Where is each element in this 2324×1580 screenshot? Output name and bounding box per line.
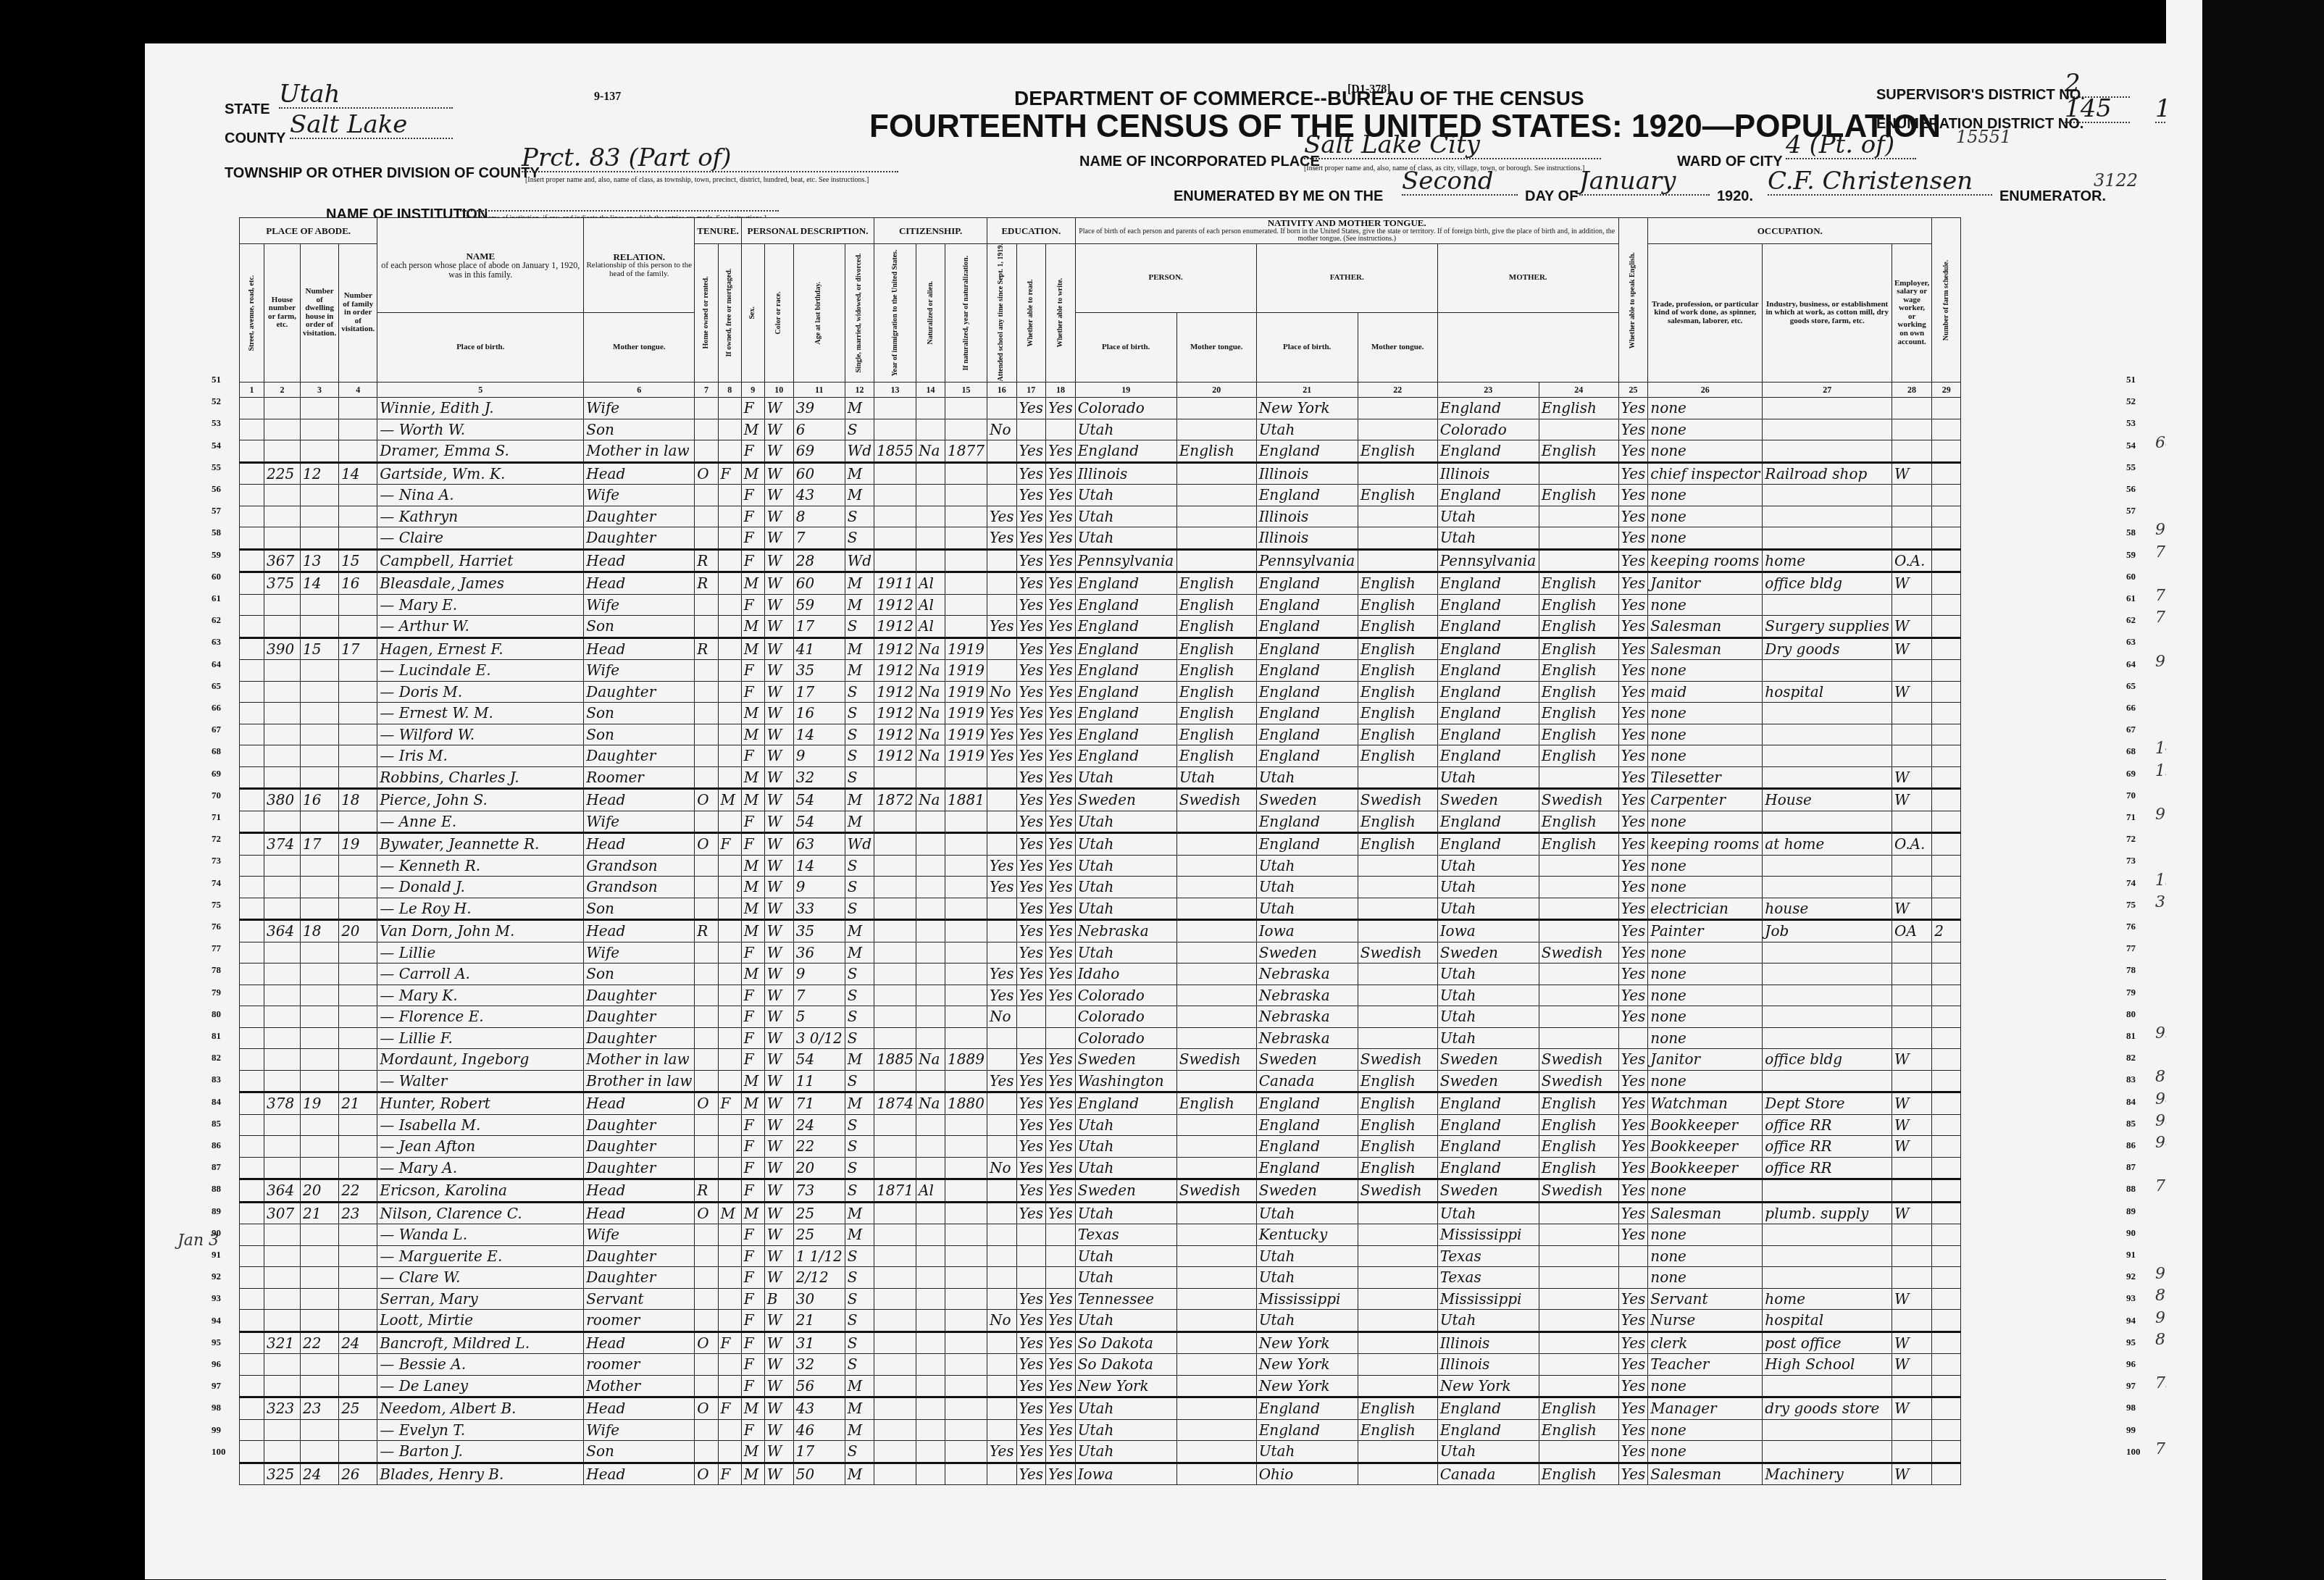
line-number-left: 91 <box>212 1249 221 1261</box>
cell-write: Yes <box>1046 1310 1076 1332</box>
cell-mort <box>718 942 741 964</box>
cell-eng: Yes <box>1618 527 1648 550</box>
header-relation: RELATION.Relationship of this person to … <box>584 218 695 313</box>
cell-fpob: Utah <box>1256 1310 1358 1332</box>
cell-eng: Yes <box>1618 398 1648 419</box>
cell-rel: Head <box>584 1092 695 1115</box>
cell-emp <box>1892 527 1932 550</box>
line-number-right: 88 <box>2126 1183 2136 1195</box>
cell-mort <box>718 898 741 920</box>
cell-ind <box>1763 703 1892 724</box>
cell-name: Serran, Mary <box>377 1288 584 1310</box>
cell-race: W <box>764 1136 793 1158</box>
cell-dw: 12 <box>301 462 339 485</box>
cell-mt: English <box>1176 616 1256 638</box>
cell-race: W <box>764 1245 793 1267</box>
cell-ms: S <box>845 506 874 527</box>
cell-dw: 20 <box>301 1179 339 1203</box>
cell-race: W <box>764 1419 793 1441</box>
cell-sch <box>987 462 1016 485</box>
line-number-left: 98 <box>212 1402 221 1413</box>
line-number-right: 97 <box>2126 1380 2136 1392</box>
cell-ind: office RR <box>1763 1157 1892 1179</box>
cell-sch: No <box>987 681 1016 703</box>
cell-mmt: English <box>1539 1157 1618 1179</box>
cell-rel: Daughter <box>584 1136 695 1158</box>
cell-pob: England <box>1075 660 1176 682</box>
header-name: NAMEof each person whose place of abode … <box>377 218 584 313</box>
cell-race: W <box>764 638 793 660</box>
cell-mort <box>718 724 741 745</box>
line-number-left: 65 <box>212 680 221 692</box>
cell-house <box>264 766 301 789</box>
cell-naty <box>945 877 987 898</box>
cell-fmt: English <box>1358 745 1437 767</box>
cell-age: 17 <box>793 1441 845 1463</box>
cell-naty <box>945 1006 987 1028</box>
cell-imm: 1912 <box>874 703 916 724</box>
cell-nat <box>916 398 945 419</box>
header-c20: Mother tongue. <box>584 313 695 383</box>
cell-mpob: Utah <box>1437 877 1539 898</box>
header-nativity-desc: Place of birth of each person and parent… <box>1078 228 1616 243</box>
cell-naty <box>945 1245 987 1267</box>
cell-ms: M <box>845 638 874 660</box>
cell-fpob: England <box>1256 1114 1358 1136</box>
cell-street <box>240 1267 264 1289</box>
cell-fpob: Canada <box>1256 1070 1358 1092</box>
cell-name: Needom, Albert B. <box>377 1397 584 1420</box>
table-row: — ClaireDaughterFW7SYesYesYesUtahIllinoi… <box>240 527 1961 550</box>
cell-imm <box>874 942 916 964</box>
cell-dw <box>301 506 339 527</box>
cell-eng: Yes <box>1618 1463 1648 1485</box>
cell-imm <box>874 985 916 1006</box>
cell-fpob: Sweden <box>1256 789 1358 811</box>
table-row: 3741719Bywater, Jeannette R.HeadOFFW63Wd… <box>240 833 1961 856</box>
cell-dw <box>301 898 339 920</box>
cell-mt: Utah <box>1176 766 1256 789</box>
cell-mpob: England <box>1437 1157 1539 1179</box>
cell-sch <box>987 594 1016 616</box>
cell-race: W <box>764 1070 793 1092</box>
cell-name: — Anne E. <box>377 811 584 833</box>
cell-ms: S <box>845 745 874 767</box>
cell-mmt <box>1539 1288 1618 1310</box>
cell-write: Yes <box>1046 1354 1076 1376</box>
cell-read: Yes <box>1016 1179 1046 1203</box>
cell-age: 22 <box>793 1136 845 1158</box>
line-number-right: 57 <box>2126 505 2136 517</box>
cell-mort <box>718 660 741 682</box>
cell-fpob: England <box>1256 1397 1358 1420</box>
cell-sex: M <box>741 638 764 660</box>
cell-dw <box>301 1288 339 1310</box>
cell-occ: Tilesetter <box>1648 766 1763 789</box>
cell-street <box>240 789 264 811</box>
cell-write <box>1046 1267 1076 1289</box>
cell-mmt <box>1539 1245 1618 1267</box>
cell-rel: Head <box>584 833 695 856</box>
cell-house <box>264 1288 301 1310</box>
cell-pob: Utah <box>1075 1441 1176 1463</box>
cell-mpob: England <box>1437 1419 1539 1441</box>
cell-fpob: Sweden <box>1256 1179 1358 1203</box>
cell-fam <box>339 440 377 463</box>
enumerator-label: ENUMERATOR. <box>1999 188 2106 205</box>
cell-occ: none <box>1648 745 1763 767</box>
cell-mort: F <box>718 1397 741 1420</box>
cell-nat: Na <box>916 789 945 811</box>
cell-ind <box>1763 1224 1892 1246</box>
line-number-right: 80 <box>2126 1008 2136 1020</box>
line-number-left: 64 <box>212 659 221 670</box>
cell-street <box>240 898 264 920</box>
cell-mmt: English <box>1539 594 1618 616</box>
cell-farm <box>1932 1224 1961 1246</box>
cell-nat: Na <box>916 745 945 767</box>
cell-imm <box>874 1375 916 1397</box>
cell-fmt: English <box>1358 703 1437 724</box>
header-c18: Whether able to write. <box>1046 243 1076 383</box>
cell-sch <box>987 572 1016 595</box>
header-c14: Naturalized or alien. <box>916 243 945 383</box>
cell-rel: Wife <box>584 1224 695 1246</box>
cell-mmt: English <box>1539 572 1618 595</box>
line-number-right: 70 <box>2126 790 2136 801</box>
header-c19: Place of birth. <box>377 313 584 383</box>
cell-eng: Yes <box>1618 594 1648 616</box>
cell-house <box>264 985 301 1006</box>
cell-eng: Yes <box>1618 1136 1648 1158</box>
cell-house <box>264 527 301 550</box>
cell-write: Yes <box>1046 964 1076 985</box>
cell-mt <box>1176 1027 1256 1049</box>
cell-mmt: English <box>1539 398 1618 419</box>
cell-race: W <box>764 1332 793 1354</box>
cell-ms: M <box>845 811 874 833</box>
table-row: — WalterBrother in lawMW11SYesYesYesWash… <box>240 1070 1961 1092</box>
cell-race: W <box>764 1157 793 1179</box>
cell-name: Bywater, Jeannette R. <box>377 833 584 856</box>
cell-ind <box>1763 1179 1892 1203</box>
cell-ind <box>1763 419 1892 440</box>
cell-ms: Wd <box>845 549 874 572</box>
cell-mort <box>718 811 741 833</box>
cell-fmt: English <box>1358 811 1437 833</box>
cell-sex: F <box>741 1375 764 1397</box>
cell-occ: none <box>1648 485 1763 506</box>
cell-fpob: Nebraska <box>1256 985 1358 1006</box>
cell-read: Yes <box>1016 1157 1046 1179</box>
cell-ms: S <box>845 1310 874 1332</box>
cell-ms: S <box>845 419 874 440</box>
cell-nat <box>916 1375 945 1397</box>
cell-age: 25 <box>793 1224 845 1246</box>
cell-own <box>695 1354 718 1376</box>
cell-name: Dramer, Emma S. <box>377 440 584 463</box>
cell-mpob: Texas <box>1437 1245 1539 1267</box>
cell-mmt: English <box>1539 440 1618 463</box>
cell-read: Yes <box>1016 681 1046 703</box>
cell-sex: F <box>741 398 764 419</box>
cell-mpob: Illinois <box>1437 1332 1539 1354</box>
cell-mt <box>1176 527 1256 550</box>
cell-sex: F <box>741 1267 764 1289</box>
cell-farm <box>1932 942 1961 964</box>
header-c4: Number of family in order of visitation. <box>339 243 377 383</box>
cell-fpob: England <box>1256 616 1358 638</box>
cell-write: Yes <box>1046 942 1076 964</box>
cell-house <box>264 1027 301 1049</box>
line-number-left: 84 <box>212 1096 221 1108</box>
cell-mort <box>718 1375 741 1397</box>
cell-fam <box>339 985 377 1006</box>
state-label: STATE <box>225 101 270 118</box>
cell-farm <box>1932 1419 1961 1441</box>
cell-own <box>695 1419 718 1441</box>
cell-read <box>1016 1267 1046 1289</box>
cell-fam <box>339 1310 377 1332</box>
line-number-right: 67 <box>2126 724 2136 735</box>
cell-ms: S <box>845 724 874 745</box>
cell-sch <box>987 440 1016 463</box>
cell-write: Yes <box>1046 506 1076 527</box>
cell-ind <box>1763 1419 1892 1441</box>
cell-street <box>240 833 264 856</box>
cell-mpob: Sweden <box>1437 1179 1539 1203</box>
cell-fmt <box>1358 1441 1437 1463</box>
cell-mort <box>718 440 741 463</box>
cell-naty <box>945 942 987 964</box>
cell-mort <box>718 1245 741 1267</box>
cell-mt <box>1176 1114 1256 1136</box>
cell-dw <box>301 419 339 440</box>
cell-name: — Worth W. <box>377 419 584 440</box>
cell-mpob: England <box>1437 811 1539 833</box>
cell-own <box>695 506 718 527</box>
cell-mpob: England <box>1437 616 1539 638</box>
cell-eng: Yes <box>1618 462 1648 485</box>
cell-mmt <box>1539 985 1618 1006</box>
cell-nat <box>916 766 945 789</box>
cell-fam <box>339 1006 377 1028</box>
cell-nat: Na <box>916 440 945 463</box>
cell-read: Yes <box>1016 462 1046 485</box>
cell-ind: Dept Store <box>1763 1092 1892 1115</box>
cell-age: 46 <box>793 1419 845 1441</box>
cell-rel: Servant <box>584 1288 695 1310</box>
cell-ms: M <box>845 1375 874 1397</box>
cell-imm <box>874 1027 916 1049</box>
cell-occ: Bookkeeper <box>1648 1157 1763 1179</box>
cell-name: — Bessie A. <box>377 1354 584 1376</box>
cell-street <box>240 1419 264 1441</box>
cell-pob: Utah <box>1075 1114 1176 1136</box>
cell-street <box>240 942 264 964</box>
cell-imm <box>874 506 916 527</box>
cell-sch <box>987 1049 1016 1071</box>
cell-age: 31 <box>793 1332 845 1354</box>
line-number-left: 92 <box>212 1271 221 1282</box>
cell-write: Yes <box>1046 1202 1076 1224</box>
cell-naty <box>945 766 987 789</box>
cell-pob: Utah <box>1075 527 1176 550</box>
cell-mmt: English <box>1539 703 1618 724</box>
cell-age: 54 <box>793 1049 845 1071</box>
cell-emp: W <box>1892 572 1932 595</box>
cell-mmt <box>1539 1267 1618 1289</box>
cell-name: Pierce, John S. <box>377 789 584 811</box>
header-c9: Sex. <box>741 243 764 383</box>
cell-nat <box>916 1354 945 1376</box>
cell-fam: 15 <box>339 549 377 572</box>
cell-mmt <box>1539 462 1618 485</box>
cell-fpob: England <box>1256 594 1358 616</box>
cell-sex: M <box>741 1202 764 1224</box>
cell-pob: England <box>1075 440 1176 463</box>
cell-race: W <box>764 485 793 506</box>
cell-imm <box>874 1463 916 1485</box>
cell-rel: Wife <box>584 594 695 616</box>
cell-own <box>695 898 718 920</box>
column-number: 6 <box>584 383 695 398</box>
cell-fam <box>339 681 377 703</box>
cell-ms: M <box>845 485 874 506</box>
cell-sex: F <box>741 660 764 682</box>
cell-ind: office bldg <box>1763 572 1892 595</box>
cell-ms: S <box>845 1027 874 1049</box>
cell-dw: 16 <box>301 789 339 811</box>
cell-pob: Illinois <box>1075 462 1176 485</box>
cell-pob: England <box>1075 594 1176 616</box>
cell-fmt <box>1358 527 1437 550</box>
cell-occ: Janitor <box>1648 1049 1763 1071</box>
cell-read <box>1016 1245 1046 1267</box>
cell-farm: 2 <box>1932 920 1961 942</box>
department-heading: DEPARTMENT OF COMMERCE--BUREAU OF THE CE… <box>1014 87 1584 110</box>
cell-mt <box>1176 1419 1256 1441</box>
cell-mmt <box>1539 1310 1618 1332</box>
cell-mpob: England <box>1437 745 1539 767</box>
cell-read: Yes <box>1016 572 1046 595</box>
cell-read: Yes <box>1016 766 1046 789</box>
cell-ms: M <box>845 594 874 616</box>
cell-dw <box>301 766 339 789</box>
cell-fam: 25 <box>339 1397 377 1420</box>
cell-mpob: Colorado <box>1437 419 1539 440</box>
line-number-left: 72 <box>212 833 221 845</box>
cell-write: Yes <box>1046 660 1076 682</box>
cell-eng: Yes <box>1618 681 1648 703</box>
cell-house <box>264 877 301 898</box>
cell-mmt <box>1539 877 1618 898</box>
cell-sex: M <box>741 920 764 942</box>
cell-dw <box>301 1136 339 1158</box>
cell-own <box>695 1288 718 1310</box>
column-numbers: 1234567891011121314151617181920212223242… <box>240 383 1961 398</box>
cell-fpob: Sweden <box>1256 942 1358 964</box>
cell-house: 390 <box>264 638 301 660</box>
cell-fam: 16 <box>339 572 377 595</box>
cell-mort <box>718 616 741 638</box>
cell-race: W <box>764 1202 793 1224</box>
cell-rel: Mother in law <box>584 1049 695 1071</box>
cell-fmt <box>1358 1463 1437 1485</box>
cell-ind <box>1763 985 1892 1006</box>
cell-age: 71 <box>793 1092 845 1115</box>
cell-read: Yes <box>1016 1397 1046 1420</box>
cell-dw: 19 <box>301 1092 339 1115</box>
cell-nat <box>916 833 945 856</box>
cell-nat: Al <box>916 616 945 638</box>
cell-mpob: Sweden <box>1437 789 1539 811</box>
cell-ms: S <box>845 1354 874 1376</box>
cell-ms: Wd <box>845 833 874 856</box>
line-number-right: 100 <box>2126 1446 2141 1458</box>
line-number-right: 82 <box>2126 1052 2136 1063</box>
cell-race: W <box>764 1375 793 1397</box>
cell-name: — Mary E. <box>377 594 584 616</box>
cell-dw <box>301 724 339 745</box>
year-label: 1920. <box>1717 188 1753 205</box>
cell-mort <box>718 638 741 660</box>
cell-pob: So Dakota <box>1075 1332 1176 1354</box>
cell-street <box>240 506 264 527</box>
cell-sch <box>987 1267 1016 1289</box>
cell-mpob: Utah <box>1437 527 1539 550</box>
cell-pob: Sweden <box>1075 1049 1176 1071</box>
cell-rel: Head <box>584 1202 695 1224</box>
cell-fam <box>339 594 377 616</box>
table-row: 2251214Gartside, Wm. K.HeadOFMW60MYesYes… <box>240 462 1961 485</box>
cell-ind <box>1763 811 1892 833</box>
cell-fpob: England <box>1256 572 1358 595</box>
cell-read: Yes <box>1016 638 1046 660</box>
cell-naty <box>945 419 987 440</box>
table-row: — Wilford W.SonMW14S1912Na1919YesYesYesE… <box>240 724 1961 745</box>
cell-house: 380 <box>264 789 301 811</box>
cell-emp: O.A. <box>1892 833 1932 856</box>
cell-fmt: English <box>1358 485 1437 506</box>
cell-fpob: England <box>1256 660 1358 682</box>
cell-ind <box>1763 964 1892 985</box>
cell-race: W <box>764 920 793 942</box>
cell-ms: S <box>845 877 874 898</box>
enumerator-field: C.F. Christensen <box>1768 167 1992 196</box>
cell-eng: Yes <box>1618 440 1648 463</box>
cell-mt <box>1176 985 1256 1006</box>
cell-pob: Utah <box>1075 419 1176 440</box>
line-number-right: 79 <box>2126 987 2136 998</box>
cell-ind <box>1763 942 1892 964</box>
cell-farm <box>1932 1267 1961 1289</box>
cell-sex: F <box>741 527 764 550</box>
cell-age: 16 <box>793 703 845 724</box>
header-c24: Mother tongue. <box>1358 313 1437 383</box>
cell-ind: dry goods store <box>1763 1397 1892 1420</box>
cell-mpob: Mississippi <box>1437 1224 1539 1246</box>
cell-write: Yes <box>1046 1049 1076 1071</box>
cell-mort <box>718 549 741 572</box>
cell-dw <box>301 811 339 833</box>
cell-race: W <box>764 833 793 856</box>
cell-naty: 1919 <box>945 745 987 767</box>
cell-farm <box>1932 681 1961 703</box>
cell-farm <box>1932 1092 1961 1115</box>
line-number-right: 63 <box>2126 636 2136 648</box>
cell-emp: W <box>1892 789 1932 811</box>
